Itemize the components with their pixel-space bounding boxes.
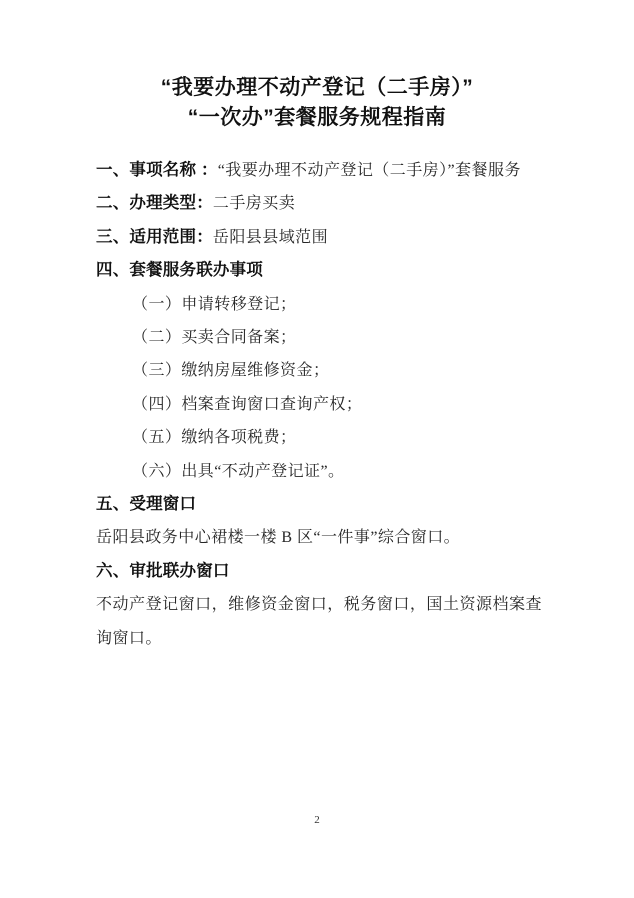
title-line-1: “我要办理不动产登记（二手房）” (0, 73, 634, 103)
list-item-1: （一）申请转移登记； (96, 288, 542, 321)
list-item-4: （四）档案查询窗口查询产权； (96, 388, 542, 421)
section-value: 二手房买卖 (213, 195, 295, 212)
section-heading-scope: 三、适用范围：岳阳县县域范围 (96, 221, 542, 254)
section-value: “我要办理不动产登记（二手房）”套餐服务 (218, 162, 521, 179)
section-label: 二、办理类型： (96, 194, 213, 212)
section-label: 五、受理窗口 (96, 495, 196, 513)
section-heading-item-name: 一、事项名称 ：“我要办理不动产登记（二手房）”套餐服务 (96, 154, 542, 187)
title-line-2: “一次办”套餐服务规程指南 (0, 103, 634, 133)
page-number: 2 (0, 814, 634, 826)
list-item-6: （六）出具“不动产登记证”。 (96, 455, 542, 488)
section-heading-approval-window: 六、审批联办窗口 (96, 555, 542, 588)
section-label: 一、事项名称 ： (96, 161, 218, 179)
section-heading-joint-items: 四、套餐服务联办事项 (96, 254, 542, 287)
section-heading-accept-window: 五、受理窗口 (96, 488, 542, 521)
list-item-5: （五）缴纳各项税费； (96, 421, 542, 454)
approval-window-paragraph: 不动产登记窗口，维修资金窗口，税务窗口，国土资源档案查询窗口。 (96, 588, 542, 655)
list-item-2: （二）买卖合同备案； (96, 321, 542, 354)
document-title: “我要办理不动产登记（二手房）” “一次办”套餐服务规程指南 (0, 73, 634, 133)
accept-window-paragraph: 岳阳县政务中心裙楼一楼 B 区“一件事”综合窗口。 (96, 521, 542, 554)
section-label: 四、套餐服务联办事项 (96, 261, 263, 279)
list-item-3: （三）缴纳房屋维修资金； (96, 354, 542, 387)
section-value: 岳阳县县域范围 (213, 229, 328, 246)
document-body: 一、事项名称 ：“我要办理不动产登记（二手房）”套餐服务 二、办理类型：二手房买… (96, 154, 542, 655)
document-page: “我要办理不动产登记（二手房）” “一次办”套餐服务规程指南 一、事项名称 ：“… (0, 0, 634, 898)
section-label: 三、适用范围： (96, 228, 213, 246)
section-heading-handle-type: 二、办理类型：二手房买卖 (96, 187, 542, 220)
section-label: 六、审批联办窗口 (96, 562, 230, 580)
